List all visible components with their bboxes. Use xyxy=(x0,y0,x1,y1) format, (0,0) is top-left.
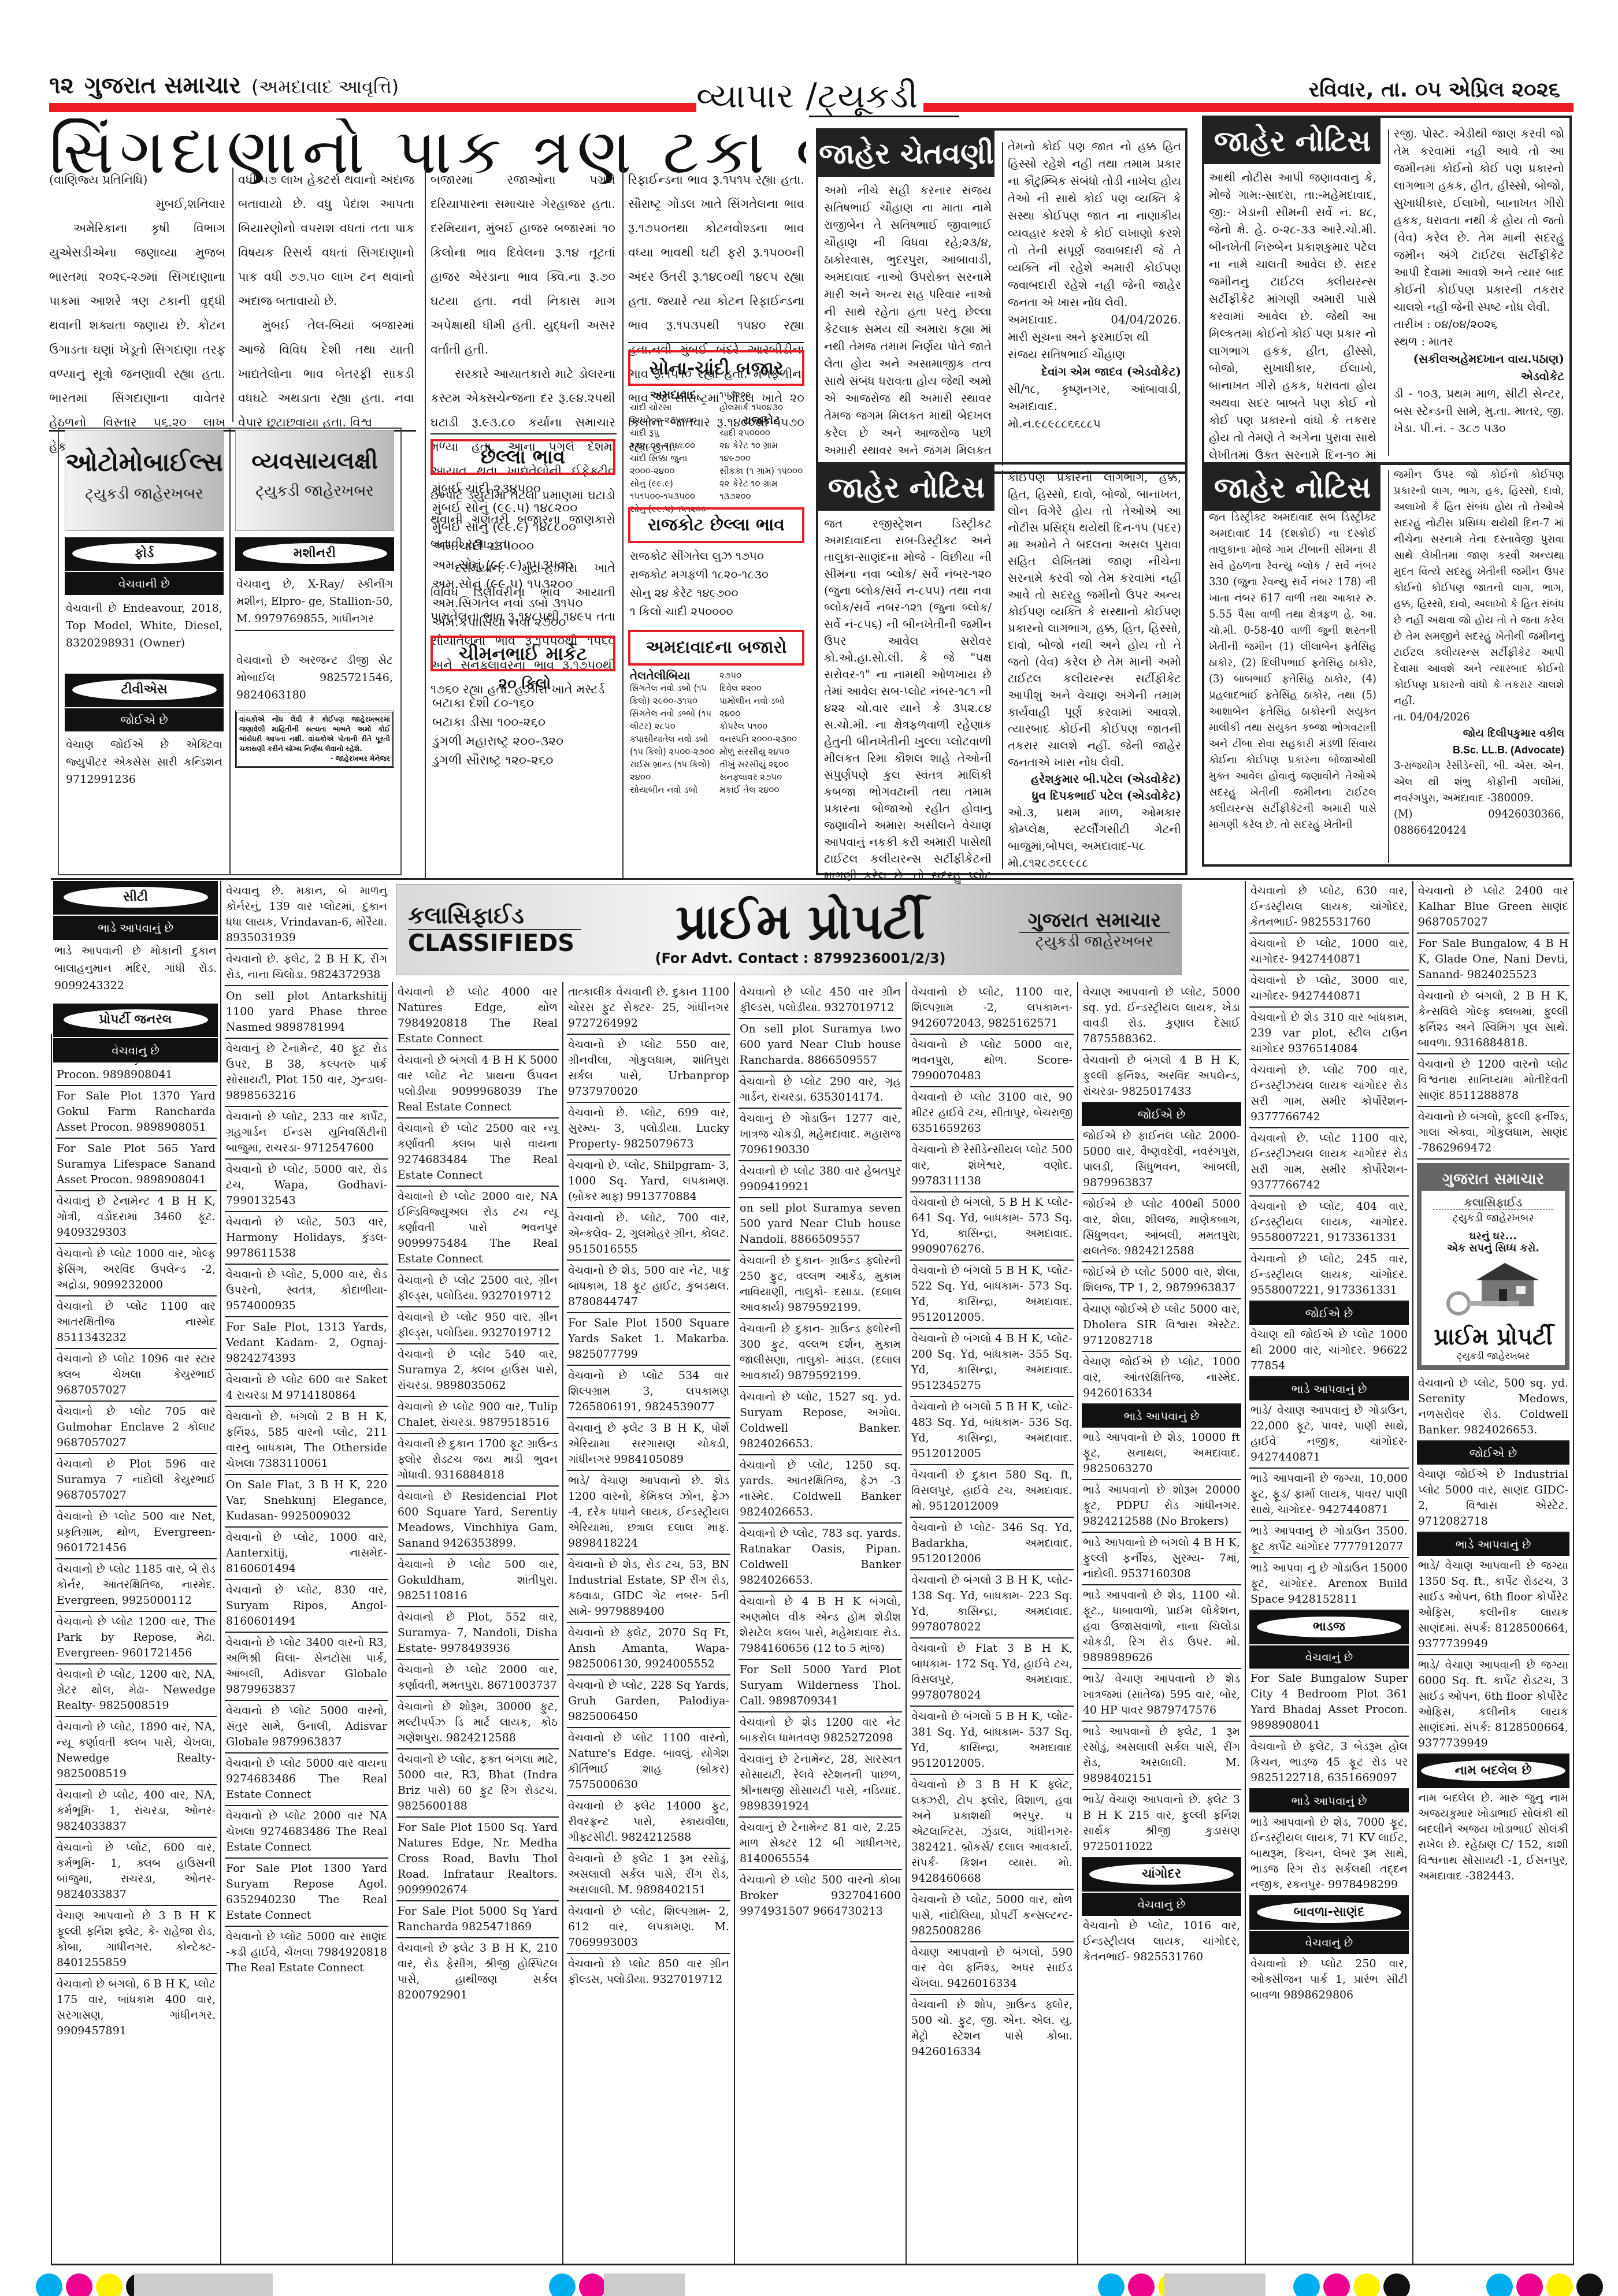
classified-ad: વેચવાનો છે પ્લોટ 500 વાર, Gokuldham, શાં… xyxy=(396,1555,559,1607)
classified-ad: વેચવાનો છે શેડ, રોડ ટચ, 53, BN Industria… xyxy=(567,1555,730,1623)
classified-ad: વેચવાનો છે પ્લોટ 5000 વાર, ભવનપુરા, થોળ.… xyxy=(910,1035,1074,1087)
classified-ad: વેચવાનો છે પ્લોટ, 500 sq. yd. Serenity M… xyxy=(1417,1373,1569,1441)
prime-property-banner: કલાસિફાઈડ CLASSIFIEDS પ્રાઈમ પ્રોપર્ટી (… xyxy=(396,884,1182,975)
category-label: ફોર્ડ xyxy=(72,543,217,564)
prime-property-title: પ્રાઈમ પ્રોપર્ટી xyxy=(599,893,1002,950)
promo-label: કલાસિફાઈડ xyxy=(1433,1195,1553,1210)
magenta-dot xyxy=(1516,2273,1543,2296)
classified-ad: વેચવાનો છે. પ્લોટ, 700 વાર, એન્કલેવ- 2, … xyxy=(567,1208,730,1261)
classified-ad: વેચવાનો છે પ્લોટ, 245 વાર, ઈન્ડસ્ટ્રીયલ … xyxy=(1249,1249,1409,1302)
category-changodar: ચાંગોદર xyxy=(1082,1858,1241,1892)
classified-ad: વેચવાનો છે પ્લોટ, 1890 વાર, NA, ન્યૂ કર્… xyxy=(55,1717,217,1785)
dateline: મુંબઈ,શનિવાર xyxy=(49,192,225,216)
article-paragraph: મુંબઈ તેલ-બિયાં બજારમાં આજે વિવિધ દેશી ત… xyxy=(238,313,414,434)
classified-ad: વેચવાનો છે Plot 596 વાર Suramya 7 નાંદોલ… xyxy=(55,1454,217,1507)
unit-label: ૨૦ કિલો xyxy=(432,675,617,694)
price-row: રાજકોટ સીંગતેલ લુઝ ૧૭૫૦ xyxy=(630,547,806,565)
tyukdi-ad-box: ઓટોમોબાઈલ્સ ટ્યુકડી જાહેરખબર ફોર્ડ વેચવા… xyxy=(58,428,402,875)
price-row: વનસ્પતિ ૨૦૦૦-૨૩૦૦ xyxy=(719,733,803,745)
price-row: કપાસીયાતેલ નવો ડબો (૧૫ કિલો) ૨૫૦૦-૨૭૦૦ xyxy=(630,733,717,758)
price-row: સોનું (૯૯.૯) ૧૫૧૫૦૦-૧૫૩૫૦૦ xyxy=(630,477,717,503)
page-number: ૧૨ xyxy=(49,72,74,99)
classified-ad: On Sale Flat, 3 B H K, 220 Var, Snehkunj… xyxy=(225,1475,388,1528)
classified-ad: For Sale Bungalow, 4 B H K, Glade One, N… xyxy=(1417,934,1569,986)
banner-subtitle: ટ્યુકડી જાહેરખબર xyxy=(236,482,394,500)
cyan-dot xyxy=(1098,2273,1125,2296)
registration-marks xyxy=(1293,2273,1410,2296)
banner-subtitle: ટ્યુકડી જાહેરખબર xyxy=(1019,932,1170,951)
notice-signature: જોય દિલીપકુમાર વકીલ xyxy=(1394,726,1564,742)
classified-ad: વેચવાનો છે બંગલો 3 B H K, પ્લોટ- 138 Sq.… xyxy=(910,1570,1074,1639)
classified-ad: વેચવાનો છે પ્લોટ, 1000 વાર, Aanterxitij,… xyxy=(225,1528,388,1580)
classified-ad: વેચાણ જોઈએ છે Industrial પ્લોટ 5000 વાર,… xyxy=(1417,1465,1569,1533)
section-underline xyxy=(809,116,959,117)
classified-ad: ભાડે/ વેચાણ આપવાનો છે. શેડ 1200 વારનો, ક… xyxy=(567,1471,730,1555)
banner-title: ઓટોમોબાઈલ્સ xyxy=(65,448,223,477)
divider xyxy=(1388,470,1389,863)
price-row: કોપરેલ ૫૧૦૦ xyxy=(719,720,803,733)
classified-ad: For Sale Plot, 1313 Yards, Vedant Kadam-… xyxy=(225,1317,388,1370)
classified-ad: વેચવાનો છે. પ્લોટ 1100 વાર, ઈન્ડસ્ટ્રીઝય… xyxy=(1249,1128,1409,1197)
classified-ad: વેચવાનો છે 1200 વારનો પ્લોટ વિશ્વનાથ સાન… xyxy=(1417,1054,1569,1107)
subcategory-label: વેચવાનું છે xyxy=(1082,1893,1241,1916)
classified-ad: વેચવાનો છે પ્લોટ 550 વાર, ગ્રીનવીલા, ગોક… xyxy=(567,1035,730,1103)
classified-ad: For Sale Corner Plot 1050 Yard Suramya 2… xyxy=(55,1034,217,1086)
notice-credential: B.Sc. LL.B. (Advocate) xyxy=(1394,742,1564,758)
classified-ad: વેચવાનું છે ટેનામેન્ટ, 40 ફૂટ રોડ ઉપર, B… xyxy=(225,1039,388,1107)
classified-ad: For Sale Plot 565 Yard Suramya Lifespace… xyxy=(55,1139,217,1191)
divider xyxy=(628,342,804,343)
price-row: અમ.સોનું (૯૯.૫) ૧૫૩૨૦૦ xyxy=(432,575,617,594)
classified-ad: વેચવાનો છે પ્લોટ, 503 વાર, Harmony Holid… xyxy=(225,1212,388,1265)
classified-ad: વેચવાનો છે 3 B H K ફ્લેટ, લક્ઝરી, ટોપ ફ્… xyxy=(910,1775,1074,1890)
classified-ad: વેચવાનો છે પ્લોટ 3100 વાર, 90 મીટર હાઈવે… xyxy=(910,1087,1074,1140)
price-row: તીખું સરસીયું ૨૬૦૦ xyxy=(719,758,803,771)
cyan-dot xyxy=(1293,2273,1320,2296)
notice-body: રજી. પોસ્ટ. એડીથી જાણ કરવી જો તેમ કરવામા… xyxy=(1394,125,1564,315)
notice-body: જત રજીસ્ટ્રેશન ડિસ્ટ્રીકટ અમદાવાદના સબ-ડ… xyxy=(824,515,992,901)
classified-ad: વેચવાનો છે પ્લોટ 540 વાર, Suramya 2, ક્લ… xyxy=(396,1344,559,1397)
sona-chandi-ahmedabad: અમદાવાદ ચાંદી ચોરસા ૨૨૫૦૦૦-૨૩૫૦૦૦ ચાંદી … xyxy=(630,388,717,515)
banner-subtitle: ટ્યુકડી જાહેરખબર xyxy=(65,485,223,503)
classified-ad: વેચાણ આપવાનો છે પ્લોટ, 5000 sq. yd. ઈન્ડ… xyxy=(1082,982,1241,1050)
classified-col-7: વેચાણ આપવાનો છે પ્લોટ, 5000 sq. yd. ઈન્ડ… xyxy=(1077,982,1245,2265)
classified-ad: વેચવાનો છે પ્લોટ, 1250 sq. yards. આંતરક્… xyxy=(739,1455,902,1524)
classified-ad: વેચવાનો છે શેડ 310 વાર બાંધકામ, 239 var … xyxy=(1249,1008,1409,1060)
classifieds-label: કલાસિફાઈડ CLASSIFIEDS xyxy=(408,902,581,957)
classified-ad: ભાડે આપવાનું છે ગોડાઉન 3500. ફૂટ કાર્પેટ… xyxy=(1249,1521,1409,1558)
classified-ad: ભાડે આપવાની છે મોકાની દુકાન બાલાહનુમાન મ… xyxy=(53,940,218,997)
classified-ad: વેચવાનો છે પ્લોટ, 400 વાર, NA, કર્મભૂમિ-… xyxy=(55,1785,217,1838)
classified-ad: વેચવાનો છે બંગલો 4 B H K, ફુલ્લી ફર્નિશ્… xyxy=(1082,1050,1241,1103)
classified-ad: વેચવાનું છે, X-Ray/ સ્કીનીંગ મશીન, Elpro… xyxy=(235,573,394,631)
magenta-dot xyxy=(579,2273,606,2296)
price-row: ચાંદી ૨૫૦૦૦૦ xyxy=(719,426,803,439)
classified-ad: વેચાણ આપવાનો છે 3 B H K ફૂલ્લી ફર્નિશ ફ્… xyxy=(55,1906,217,1974)
classified-ad: વેચવાનો છે 4 B H K બંગલો, અણમોલ વીક એન્ડ… xyxy=(739,1592,902,1660)
cyan-dot xyxy=(36,2273,62,2296)
classified-col-2: વેચવાનું છે. મકાન, બે માળનું કોર્નરનું, … xyxy=(220,881,392,2265)
classified-ad: વેચાણ થી જોઈએ છે પ્લોટ 1000 થી 2000 વાર,… xyxy=(1249,1325,1409,1377)
classified-ad: ભાડે આપવાનો છે ફલેટ, 1 રૂમ રસોડું, અસલાલ… xyxy=(1082,1722,1241,1790)
classified-ad: વેચવાનો છે બંગલો, 5 B H K પ્લોટ- 641 Sq.… xyxy=(910,1192,1074,1261)
notice-line: સંજય સતિષભાઈ ચૌહાણ xyxy=(1008,345,1181,363)
magenta-dot xyxy=(66,2273,92,2296)
classified-ad: For Sale Plot 5000 Sq Yard Rancharda 982… xyxy=(396,1901,559,1938)
price-row: ડુંગળી મહારાષ્ટ્ર ૨૦૦-૩૨૦ xyxy=(432,732,617,751)
gray-bar xyxy=(604,2273,685,2296)
edition-label: (અમદાવાદ આવૃત્તિ) xyxy=(251,76,399,98)
classified-ad: વેચવાનો છે બંગલો, 6 B H K, પ્લોટ 175 વાર… xyxy=(55,1974,217,2041)
classified-ad: વેચવાનો છે ફ્લેટ 3 B H K, 210 વાર, રોડ ફ… xyxy=(396,1938,559,2005)
category-label: ચાંગોદર xyxy=(1089,1864,1234,1885)
price-row: ૨૪ કેરેટ ૧૦ ગ્રામ ૧૪૯૭૦૦ xyxy=(719,439,803,465)
price-row: મુંબઈ સોનું (૯૯.૫) ૧૪૮૨૦૦ xyxy=(432,499,617,518)
subcategory-label: વેચવાનું છે xyxy=(1249,1931,1409,1954)
classified-ad: વેચવાનો છે ફ્લેટ 14000 ફુટ, રીવરફ્રન્ટ પ… xyxy=(567,1796,730,1849)
article-paragraph: વધી ૫૭ લાખ હેક્ટર્સ થવાનો અંદાજ બતાવાયો … xyxy=(238,168,414,313)
notice-phone: મો.નં.૯૮૯૮૮૬૬૮૮૫ xyxy=(1008,415,1181,432)
classified-ad: વેચવાનો છે પ્લોટ, શિલ્પગ્રામ- 2, 612 વાર… xyxy=(567,1901,730,1954)
classified-ad: વેચવાની છે દુકાન- ગ્રાઉન્ડ ફ્લોરની 300 ફ… xyxy=(739,1319,902,1387)
article-col-2: વધી ૫૭ લાખ હેક્ટર્સ થવાનો અંદાજ બતાવાયો … xyxy=(238,168,414,434)
chhella-bhav-list: મુંબઈ ચાંદી ૨૩૪૫૦૦ મુંબઈ સોનું (૯૯.૫) ૧૪… xyxy=(432,480,617,632)
classified-ad: For Sale Plot 1300 Yard Suryam Repose Ag… xyxy=(225,1859,388,1927)
price-row: સોનુ ૨૪ કેરેટ ૧૪૯૭૦૦ xyxy=(630,584,806,602)
classified-ad: વેચવાનો છે પ્લોટ 3400 વારનો R3, અભિશ્રી … xyxy=(225,1633,388,1701)
classified-ad: વેચવાનો છે પ્લોટ 5000 વાર વાયના 92746834… xyxy=(225,1753,388,1806)
banner-title: વ્યવસાયલક્ષી xyxy=(236,448,394,474)
classified-ad: વેચવાનો છે બંગલો 4 B H K, પ્લોટ- 200 Sq.… xyxy=(910,1329,1074,1397)
category-label: પ્રોપર્ટી જનરલ xyxy=(64,1009,208,1030)
yellow-dot xyxy=(1353,2273,1380,2296)
divider xyxy=(229,429,231,874)
classified-ad: વેચવાનો છે પ્લોટ, 1016 વાર, ઈન્ડસ્ટ્રીયલ… xyxy=(1082,1916,1241,1967)
classifieds-english: CLASSIFIEDS xyxy=(408,929,581,957)
notice-signature: હરેશકુમાર બી.પટેલ (એડવોકેટ) xyxy=(1008,771,1181,787)
divider xyxy=(1388,129,1389,456)
price-row: ચાંદી રૂપુ ૨૨૪૮૦૦-૨૩૪૮૦૦ xyxy=(630,426,717,452)
classified-ad: વેચવાનો છે. બંગલો 2 B H K, ફર્નિશ્ડ, 585… xyxy=(225,1407,388,1475)
classified-ad: વેચવાનો છે પ્લોટ, 3000 વાર, ચાંગોદર- 942… xyxy=(1249,971,1409,1008)
classified-ad: For Sale Plot 1370 Yard Gokul Farm Ranch… xyxy=(55,1086,217,1139)
promo-paper: ગુજરાત સમાચાર xyxy=(1422,1168,1565,1191)
classified-ad: વેચવાનો છે પ્લોટ, 1000 વાર, ચાંગોદર- 942… xyxy=(1249,934,1409,971)
notice-right: જમીન ઉપર જો કોઈનો કોઈપણ પ્રકારનો લાગ, ભા… xyxy=(1394,467,1564,839)
classified-ad: જોઈએ છે ફાઈનલ પ્લોટ 2000- 5000 વાર, વૈષ્… xyxy=(1082,1126,1241,1194)
category-tvs: ટીવીએસ xyxy=(65,674,224,707)
category-label: નામ બદલેલ છે xyxy=(1421,1760,1565,1781)
subcategory-label: ભાડે આપવાનું છે xyxy=(53,916,218,940)
classified-ad: ભાડે આપવાનો છે બંગલો 4 B H K, ફુલ્લી ફર્… xyxy=(1082,1533,1241,1585)
classified-col-4: તાત્કાલીક વેચવાની છે. દુકાન 1100 ચોરસ ફુ… xyxy=(562,982,734,2265)
classified-ad: વેચવાની છે શોપ, ગ્રાઉન્ડ ફ્લોર, 500 ચો. … xyxy=(910,1995,1074,2062)
classified-col-1: For Sale Corner Plot 1050 Yard Suramya 2… xyxy=(51,1034,220,2264)
classified-ad: For Sale Bungalow Super City 4 Bedroom P… xyxy=(1249,1669,1409,1737)
notice-line: મારી સૂચના અને ફરમાઈશ થી xyxy=(1008,328,1181,345)
price-row: ૨૭૫૦ xyxy=(719,669,803,682)
classified-ad: ભાડે આપવાનો છે શેડ, 10000 ft ફૂટ, સનાથલ,… xyxy=(1082,1428,1241,1480)
city-label: અમદાવાદ xyxy=(630,388,717,401)
price-row: ૨૨ કેરેટ ૧૦ ગ્રામ ૧૩૭૨૦૦ xyxy=(719,477,803,503)
disclaimer-box: વાંચકોએ નોંધ લેવી કે કોઈપણ જાહેરખબરમાં જ… xyxy=(235,711,394,768)
classified-ad: નામ બદલેલ છે. મારું જુનુ નામ અજયકુમાર ખો… xyxy=(1417,1788,1569,1886)
classified-ad: વેચવાનું છે ગોડાઉન 1277 વાર, ખાત્રજ ચોકડ… xyxy=(739,1109,902,1161)
notice-body: અમો નીચે સહી કરનાર સંજય સતિષભાઈ ચૌહાણ ના… xyxy=(824,181,992,476)
masthead-rule-left xyxy=(49,103,696,112)
category-bavla-sanand: બાવળા-સાણંદ xyxy=(1249,1896,1409,1930)
category-label: ભાડજ xyxy=(1257,1617,1401,1637)
promo-footer: ટ્યુકડી જાહેરખબર xyxy=(1422,1350,1565,1362)
paper-block: ગુજરાત સમાચાર ટ્યુકડી જાહેરખબર xyxy=(1019,909,1170,951)
notice-public-1: જાહેર નોટિસ આથી નોટીસ આપી જણાવવાનું કે, … xyxy=(1202,116,1572,465)
classified-ad: વેચવાનું છે. મકાન, બે માળનું કોર્નરનું, … xyxy=(225,881,388,949)
classified-ad: વેચવાનો છે પ્લોટ, 404 વાર, ઈન્ડસ્ટ્રીયલ … xyxy=(1249,1197,1409,1249)
cyan-dot xyxy=(549,2273,576,2296)
classified-ad: વેચવાની છે Endeavour, 2018, Top Model, W… xyxy=(65,597,224,654)
classified-ad: વેચવાનો છે પ્લોટ, 228 Sq Yards, Gruh Gar… xyxy=(567,1675,730,1728)
classified-ad: વેચાણ આપવાનો છે બંગલો, 590 વાર વેલ ફર્નિ… xyxy=(910,1942,1074,1995)
chhella-bhav-title: છેલ્લા ભાવ xyxy=(431,439,615,475)
article-paragraph: અમેરિકાના કૃષી વિભાગ યુએસડીએના જણાવ્યા મ… xyxy=(49,216,225,459)
notice-body: તેમનો કોઈ પણ જાત નો હક્ક હિત હિસ્સો રહેશ… xyxy=(1008,138,1181,311)
price-row: રાજકોટ મગફળી ૧૮૨૦-૧૮૩૦ xyxy=(630,565,806,584)
classified-ad: For Sale Plot 1500 Sq. Yard Natures Edge… xyxy=(396,1818,559,1901)
classified-ad: વેચાણ જોઈએ છે એક્ટિવા જ્યુપીટર એક્સેસ સા… xyxy=(65,734,224,790)
classified-ad: વેચવાની છે દુકાન 580 Sq. ft, વિસલપુર, હા… xyxy=(910,1465,1074,1518)
notice-title: જાહેર નોટિસ xyxy=(1204,118,1381,164)
notice-public-2: જાહેર નોટિસ જત રજીસ્ટ્રેશન ડિસ્ટ્રીકટ અમ… xyxy=(816,462,1187,875)
classified-ad: For Sell 5000 Yard Plot Suryam Wildernes… xyxy=(739,1660,902,1712)
classified-ad: વેચવાનો છે પ્લોટ 2500 વાર, ગ્રીન ફીલ્ડ્સ… xyxy=(396,1270,559,1307)
notice-body: કોઈપણ પ્રકારનો લાગભાગ, હક્ક, હિત, હિસ્સો… xyxy=(1008,469,1181,771)
price-row: અમ.સોનું (૯૯.૯) ૧૫૩૫૦૦ xyxy=(432,556,617,575)
price-row: સીકકા (૧ ગ્રામ) ૧૫૦૦૦ xyxy=(719,465,803,477)
cyan-dot xyxy=(1486,2273,1513,2296)
notice-warning: જાહેર ચેતવણી અમો નીચે સહી કરનાર સંજય સતિ… xyxy=(816,128,1187,474)
notice-place: અમદાવાદ. xyxy=(1008,311,1057,328)
black-dot xyxy=(1383,2273,1410,2296)
classified-ad: ભાડે આપવાની છે જગ્યા, 10,000 ફૂટ, ફૂડ/ ફ… xyxy=(1249,1469,1409,1521)
classified-ad: વેચવાનો છે પ્લોટ 705 વાર Gulmohar Enclav… xyxy=(55,1402,217,1454)
subcategory-for-rent: ભાડે આપવાનું છે xyxy=(1082,1405,1241,1428)
section-bottom-rule xyxy=(51,2264,1574,2265)
automobiles-banner: ઓટોમોબાઈલ્સ ટ્યુકડી જાહેરખબર xyxy=(65,430,224,531)
classified-ad: ભાડે/ વેચાણ આપવાનો છે. ફ્લેટ 3 B H K 215… xyxy=(1082,1790,1241,1858)
classified-ad: વેચવાનું છે ટેનામેન્ટ 4 B H K, ગોત્રી, વ… xyxy=(55,1191,217,1244)
subcategory-label: વેચવાની છે xyxy=(65,572,224,595)
classified-col-9: વેચવાનો છે પ્લોટ 2400 વાર Kalhar Blue Gr… xyxy=(1412,881,1574,2265)
promo-sub: ટ્યુકડી જાહેરખબર xyxy=(1422,1212,1565,1224)
section-rule xyxy=(51,878,1574,880)
classified-ad: વેચવાનો છે પ્લોટ, 5,000 વાર, રોડ ઉપરનો, … xyxy=(225,1265,388,1317)
classified-ad: ભાડે આપવાનો છે શેડ, 7000 ફૂટ, ઈન્ડસ્ટ્રી… xyxy=(1249,1812,1409,1896)
sona-chandi-title: સોના-ચાંદી બજાર xyxy=(628,350,804,386)
chimanbhai-list: ૨૦ કિલો બટાકા દેશી ૮૦-૧૬૦ બટાકા ડીસા ૧૦૦… xyxy=(432,675,617,770)
price-row: મુંબઈ સોનું (૯૯.૯) ૧૪૮૮૦૦ xyxy=(432,518,617,537)
notice-right: રજી. પોસ્ટ. એડીથી જાણ કરવી જો તેમ કરવામા… xyxy=(1394,125,1564,437)
classified-ad: વેચવાનો છે પ્લોટ 600 વાર Saket 4 રાચરડા … xyxy=(225,1370,388,1407)
divider xyxy=(622,168,624,878)
category-property-general: પ્રોપર્ટી જનરલ xyxy=(53,1004,218,1037)
classified-col-5: વેચવાનો છે પ્લોટ 450 વાર ગ્રીન ફીલ્ડસ, પ… xyxy=(734,982,906,2265)
divider xyxy=(425,168,426,878)
gray-bar xyxy=(1164,2273,1266,2296)
classifieds-gujarati: કલાસિફાઈડ xyxy=(408,902,581,929)
price-row: સિંગતેલ નવો ડબ્બો (૧૫ લીટર) ૨૮૫૦ xyxy=(630,707,717,733)
classified-ad: વેચવાનો છે પ્લોટ 534 વાર શિલ્પગ્રામ 3, લ… xyxy=(567,1366,730,1418)
ahmedabad-bazar-col2: ૨૭૫૦ દિવેલ ૨૨૦૦ પામોલીન નવો ડબો ૨૪૦૦ કોપ… xyxy=(719,669,803,796)
classified-ad: વેચવાનો છે પ્લોટ 5000 વારનો, સંતુર સામે,… xyxy=(225,1701,388,1753)
classified-ad: વેચવાનો છે. પ્લોટ 700 વાર, ઈન્ડસ્ટ્રીઝયલ… xyxy=(1249,1060,1409,1128)
notice-address: ઓ.૩, પ્રથમ માળ, ઓમકાર કોમ્પ્લેક્ષ, સ્ટર્… xyxy=(1008,804,1181,855)
masthead-rule-right xyxy=(923,103,1574,112)
price-row: સિંગતેલ નવો ડબો (૧૫ કિલો) ૨૯૦૦-૩૧૫૦ xyxy=(630,682,717,707)
notice-title: જાહેર નોટિસ xyxy=(818,465,994,511)
classified-ad: વેચવાનો છે પ્લોટ, 5000 વાર, રોડ ટચ, Wapa… xyxy=(225,1160,388,1212)
classified-ad: વેચવાનો છે ફલેટ, 3 બેડરૂમ હોલ કિચન, ભાડજ… xyxy=(1249,1737,1409,1789)
sona-chandi-rajkot: ૧૫૩૨૦૦ હોલમાર્ક ૧૫૦૪૩૦ રાજકોટ ચાંદી ૨૫૦૦… xyxy=(719,388,803,503)
category-machinery: મશીનરી xyxy=(235,537,394,571)
classified-ad: વેચવાનો છે ફ્લેટ 1 રૂમ રસોડું, અસલાલી સર… xyxy=(567,1849,730,1901)
divider xyxy=(1002,142,1003,466)
classified-ad: વેચવાની છે દુકાન- ગ્રાઉન્ડ ફ્લોરની 250 ફ… xyxy=(739,1251,902,1319)
classified-ad: વેચવાનો છે પ્લોટ, 783 sq. yards. Ratnaka… xyxy=(739,1524,902,1592)
notice-signature: દેવાંગ એમ જાદવ (એડવોકેટ) xyxy=(1008,363,1181,380)
chimanbhai-market-title: ચીમનભાઈ માર્કેટ xyxy=(431,636,615,671)
registration-marks xyxy=(1486,2273,1603,2296)
prime-title-block: પ્રાઈમ પ્રોપર્ટી (For Advt. Contact : 87… xyxy=(599,893,1002,967)
classified-ad: વેચવાનો છે પ્લોટ, 5000 વાર, થોળ પાસે, ના… xyxy=(910,1890,1074,1942)
divider xyxy=(431,433,617,434)
house-keys-icon xyxy=(1422,1254,1565,1324)
classified-ad: વેચવાનો છે પ્લોટ 1185 વાર, બે રોડ કોર્નર… xyxy=(55,1559,217,1612)
rajkot-chhella-title: રાજકોટ છેલ્લા ભાવ xyxy=(628,507,804,543)
advt-contact: (For Advt. Contact : 8799236001/2/3) xyxy=(599,950,1002,967)
classified-ad: વેચવાનો છે પ્લોટ 4000 વાર Natures Edge, … xyxy=(396,982,559,1050)
classified-ad: વેચવાની છે દુકાન 1700 ફૂટ ગ્રાઉન્ડ ફ્લોર… xyxy=(396,1434,559,1487)
classified-ad: વેચવાનો છે પ્લોટ 950 વાર. ગ્રીન ફીલ્ડ્સ,… xyxy=(396,1307,559,1344)
classified-ad: તાત્કાલીક વેચવાની છે. દુકાન 1100 ચોરસ ફુ… xyxy=(567,982,730,1035)
classified-ad: વેચવાનું છે ટેનામેન્ટ 81 વાર, 2.25 માળ સ… xyxy=(739,1818,902,1870)
category-label: મશીનરી xyxy=(243,543,387,564)
classified-ad: ભાડે આપવા નું છે ગોડાઉન 15000 ફૂટ, ચાંગો… xyxy=(1249,1558,1409,1611)
price-row: પામોલીન નવો ડબો ૨૪૦૦ xyxy=(719,694,803,720)
yellow-dot xyxy=(96,2273,123,2296)
classified-ad: વેચવાનો છે પ્લોટ 2500 વાર ન્યૂ કર્ણાવતી … xyxy=(396,1119,559,1187)
classified-ad: વેચવાનો છે પ્લોટ 1000 વાર, ગોલ્ફ ફેસિંગ,… xyxy=(55,1244,217,1296)
classified-ad: જોઈએ છે પ્લોટ 400થી 5000 વાર, શેલા, શીલજ… xyxy=(1082,1194,1241,1262)
notice-phone: મો.૮૧૨૮૭૬૯૯૮૮ xyxy=(1008,855,1181,871)
divider xyxy=(1002,470,1003,869)
price-row: હોલમાર્ક ૧૫૦૪૩૦ xyxy=(719,401,803,414)
promo-title: પ્રાઈમ પ્રોપર્ટી xyxy=(1422,1324,1565,1350)
classified-ad: વેચવાનો છે પ્લોટ, 1100 વાર, શિલ્પગ્રામ -… xyxy=(910,982,1074,1035)
price-row: ચાંદી ચોરસા ૨૨૫૦૦૦-૨૩૫૦૦૦ xyxy=(630,401,717,426)
subcategory-wanted: જોઈએ છે xyxy=(1082,1103,1241,1126)
classified-ad: વેચવાનો છે પ્લોટ 1100 વારનો, Nature's Ed… xyxy=(567,1728,730,1796)
classified-ad: વેચવાનો છે Plot, 552 વાર, Suramya- 7, Na… xyxy=(396,1607,559,1660)
notice-right: તેમનો કોઈ પણ જાત નો હક્ક હિત હિસ્સો રહેશ… xyxy=(1008,138,1181,432)
price-row: સનફ્લાવર ૨૭૫૦ xyxy=(719,771,803,783)
classified-ad: વેચવાનો છે રેસીડેન્સીયલ પ્લોટ 500 વાર, શ… xyxy=(910,1140,1074,1192)
price-row: દિવેલ ૨૨૦૦ xyxy=(719,682,803,694)
notice-body: આથી નોટીસ આપી જણાવવાનું કે, મોજે ગામ:-સા… xyxy=(1209,169,1376,481)
promo-tagline: ઘરનું ઘર... xyxy=(1422,1230,1565,1242)
magenta-dot xyxy=(1323,2273,1350,2296)
classified-ad: વેચવાનો છે પ્લોટ 1100 વાર આંતરક્ષિતીજ ના… xyxy=(55,1296,217,1349)
paper-name: ગુજરાત સમાચાર xyxy=(84,72,241,99)
price-row: મકાઈ તેલ ૨૪૦૦ xyxy=(719,783,803,796)
byline: (વાણિજ્ય પ્રતિનિધિ) xyxy=(49,168,225,192)
classified-ad: વેચવાનો છે પ્લોટ, 233 વાર કાર્પેટ, ગ્રહગ… xyxy=(225,1107,388,1160)
article-col-1: (વાણિજ્ય પ્રતિનિધિ) મુંબઈ,શનિવાર અમેરિકા… xyxy=(49,168,225,459)
notice-address: 3-રાજયોગ રેસીડેન્સી, બી. એસ. એન. એલ થી શ… xyxy=(1394,758,1564,807)
price-row: મોળું સરસીયું ૨૪૫૦ xyxy=(719,745,803,758)
notice-phone: (M) 09426030366, 08866420424 xyxy=(1394,807,1564,839)
category-label: સીટી xyxy=(64,887,208,908)
category-name-change: નામ બદલેલ છે xyxy=(1417,1755,1569,1788)
price-row: રાઈસ બ્રાન્ડ (૧૫ કિલો) ૨૪૦૦ xyxy=(630,758,717,783)
classified-ad: વેચવાનો છે પ્લોટ 900 વાર, Tulip Chalet, … xyxy=(396,1397,559,1434)
classified-ad: વેચવાનો છે પ્લોટ 2000 વાર, કર્ણાવતી, મમત… xyxy=(396,1660,559,1697)
classified-ad: વેચવાનો છે પ્લોટ 450 વાર ગ્રીન ફીલ્ડસ, પ… xyxy=(739,982,902,1019)
price-row: અમ.ચાંદી ૨૩૫૦૦૦ xyxy=(432,537,617,556)
classified-ad: વેચવાનો છે પ્લોટ- 346 Sq. Yd, Badarkha, … xyxy=(910,1518,1074,1570)
classified-ad: વેચવાનો છે પ્લોટ 1200 વાર, The Park by R… xyxy=(55,1612,217,1665)
subcategory-for-rent: ભાડે આપવાનું છે xyxy=(1249,1377,1409,1400)
price-row: અમ.સિંગતેલ નવો ડબો ૩૧૫૦ xyxy=(432,594,617,613)
category-ford: ફોર્ડ xyxy=(65,537,224,571)
ahmedabad-bazar-title: અમદાવાદના બજારો xyxy=(628,630,804,666)
classified-ad: વેચવાનો છે પ્લોટ 290 વાર, ગૃહ ગાર્ડન, રા… xyxy=(739,1072,902,1109)
notice-address: ડી - ૧૦૩, પ્રથમ માળ, સીટી સેન્ટર, બસ સ્ટ… xyxy=(1394,385,1564,437)
classified-col-3: વેચવાનો છે પ્લોટ 4000 વાર Natures Edge, … xyxy=(392,982,562,2265)
divider xyxy=(232,168,233,422)
subcategory-label: વેચવાનું છે xyxy=(1249,1645,1409,1669)
disclaimer-text: વાંચકોએ નોંધ લેવી કે કોઈપણ જાહેરખબરમાં જ… xyxy=(239,715,390,754)
classified-col-6: વેચવાનો છે પ્લોટ, 1100 વાર, શિલ્પગ્રામ -… xyxy=(906,982,1077,2265)
classified-ad: વેચવાનો છે Flat 3 B H K, બાંધકામ- 172 Sq… xyxy=(910,1639,1074,1707)
subcategory-for-rent: ભાડે આપવાનું છે xyxy=(1249,1789,1409,1812)
subcategory-for-rent: ભાડે આપવાનું છે xyxy=(1417,1533,1569,1556)
price-row: બટાકા દેશી ૮૦-૧૬૦ xyxy=(432,694,617,713)
classified-ad: વેચવાનું છે ટેનામેન્ટ, 28, સારસ્વત સોસાય… xyxy=(739,1749,902,1818)
category-label: બાવળા-સાણંદ xyxy=(1257,1902,1401,1923)
category-bhadaj: ભાડજ xyxy=(1249,1611,1409,1644)
classified-ad: ભાડે આપવાનો છે શેડ, 1100 ચો. ફૂટ., ધાબાવ… xyxy=(1082,1585,1241,1669)
classified-ad: વેચવાનો છે બંગલો 5 B H K, પ્લોટ- 483 Sq.… xyxy=(910,1397,1074,1465)
classified-ad: ભાડે/ વેચાણ આપવાનું છે ગોડાઉન, 22,000 ફૂ… xyxy=(1249,1400,1409,1469)
classified-ad: વેચવાનો છે. ફ્લેટ, 2 B H K, રીંગ રોડ, ના… xyxy=(225,949,388,986)
magenta-dot xyxy=(1128,2273,1155,2296)
classified-ad: વેચવાનો છે પ્લોટ 500 વાર Net, પ્રકૃતિગ્ર… xyxy=(55,1507,217,1559)
classified-ad: વેચવાનો છે બંગલો, ફુલ્લી ફર્નીશ્ડ, ગાલા … xyxy=(1417,1107,1569,1160)
price-row: ડુંગળી સૌરાષ્ટ્ર ૧૨૦-૨૬૦ xyxy=(432,751,617,770)
section-title: વ્યાપાર /ટ્યૂકડી xyxy=(696,76,918,116)
gray-bar xyxy=(134,2273,273,2296)
business-banner: વ્યવસાયલક્ષી ટ્યુકડી જાહેરખબર xyxy=(235,430,394,531)
classified-ad: વેચવાનો છે ફ્લેટ, 2070 Sq Ft, Ansh Amant… xyxy=(567,1623,730,1675)
promo-tagline: એક સપનું સિધ્ધ કરો. xyxy=(1422,1242,1565,1254)
price-row: અમ.કપાસિયા નવો ૨૭૦૦ xyxy=(432,613,617,632)
classified-ad: વેચવાનો છે પ્લોટ 500 વારનો કોબા Broker 9… xyxy=(739,1870,902,1922)
classified-ad: વેચવાનો છે બંગલો, 2 B H K, કેન્સવિલે ગોલ… xyxy=(1417,986,1569,1054)
price-row: સોયાબીન નવો ડબો xyxy=(630,783,717,796)
subcategory-wanted: જોઈએ છે xyxy=(1417,1441,1569,1465)
notice-body: જમીન ઉપર જો કોઈનો કોઈપણ પ્રકારનો લાગ, ભા… xyxy=(1394,467,1564,709)
issue-date: રવિવાર, તા. ૦૫ એપ્રિલ ૨૦૨૬ xyxy=(1309,78,1560,102)
